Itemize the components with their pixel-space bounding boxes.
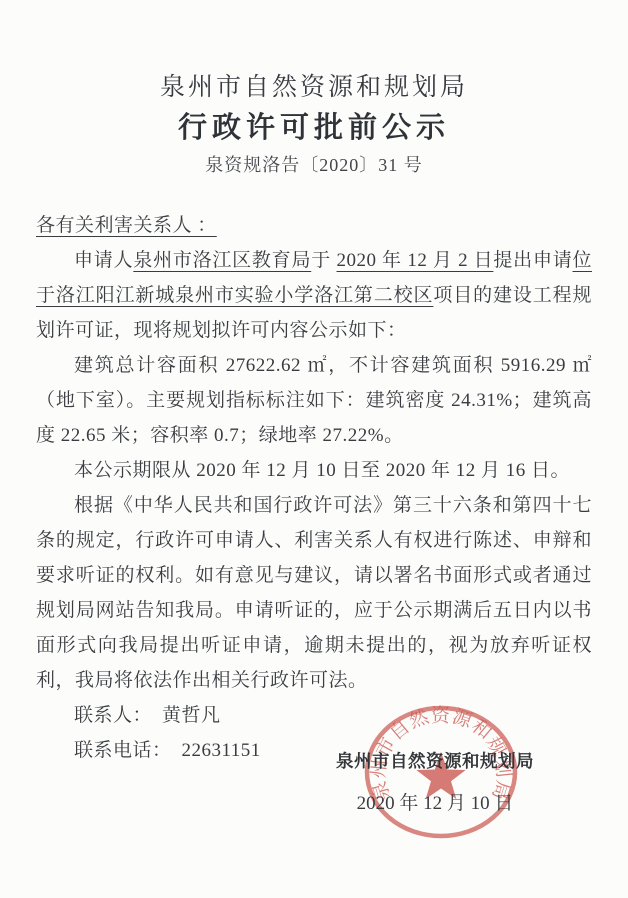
contact-phone-number: 22631151 xyxy=(182,740,261,761)
salutation-text: 各有关利害关系人 ： xyxy=(36,215,217,236)
document-body: 各有关利害关系人 ： 申请人泉州市洛江区教育局于 2020 年 12 月 2 日… xyxy=(0,208,628,768)
application-mid1: 于 xyxy=(311,250,336,271)
document-header: 泉州市自然资源和规划局 行政许可批前公示 泉资规洛告〔2020〕31 号 xyxy=(0,0,628,176)
paragraph-application: 申请人泉州市洛江区教育局于 2020 年 12 月 2 日提出申请位于洛江阳江新… xyxy=(36,243,592,348)
document-page: 泉州市自然资源和规划局 行政许可批前公示 泉资规洛告〔2020〕31 号 各有关… xyxy=(0,0,628,898)
salutation-line: 各有关利害关系人 ： xyxy=(36,208,592,243)
doc-title: 行政许可批前公示 xyxy=(0,111,628,145)
application-date: 2020 年 12 月 2 日 xyxy=(337,250,494,271)
contact-phone-line: 联系电话：22631151 xyxy=(36,733,592,768)
contact-phone-label: 联系电话： xyxy=(74,740,172,761)
application-mid2: 提出申请 xyxy=(493,250,572,271)
applicant-name: 泉州市洛江区教育局 xyxy=(133,250,311,271)
contact-person-name: 黄哲凡 xyxy=(162,705,221,726)
signature-date: 2020 年 12 月 10 日 xyxy=(290,788,580,815)
application-lead: 申请人 xyxy=(74,250,133,271)
contact-person-line: 联系人：黄哲凡 xyxy=(36,698,592,733)
paragraph-indicators: 建筑总计容面积 27622.62 ㎡，不计容建筑面积 5916.29 ㎡（地下室… xyxy=(36,348,592,453)
doc-number: 泉资规洛告〔2020〕31 号 xyxy=(0,154,628,176)
contact-person-label: 联系人： xyxy=(74,705,152,726)
paragraph-legal: 根据《中华人民共和国行政许可法》第三十六条和第四十七条的规定，行政许可申请人、利… xyxy=(36,488,592,698)
paragraph-period: 本公示期限从 2020 年 12 月 10 日至 2020 年 12 月 16 … xyxy=(36,453,592,488)
org-title: 泉州市自然资源和规划局 xyxy=(0,72,628,104)
